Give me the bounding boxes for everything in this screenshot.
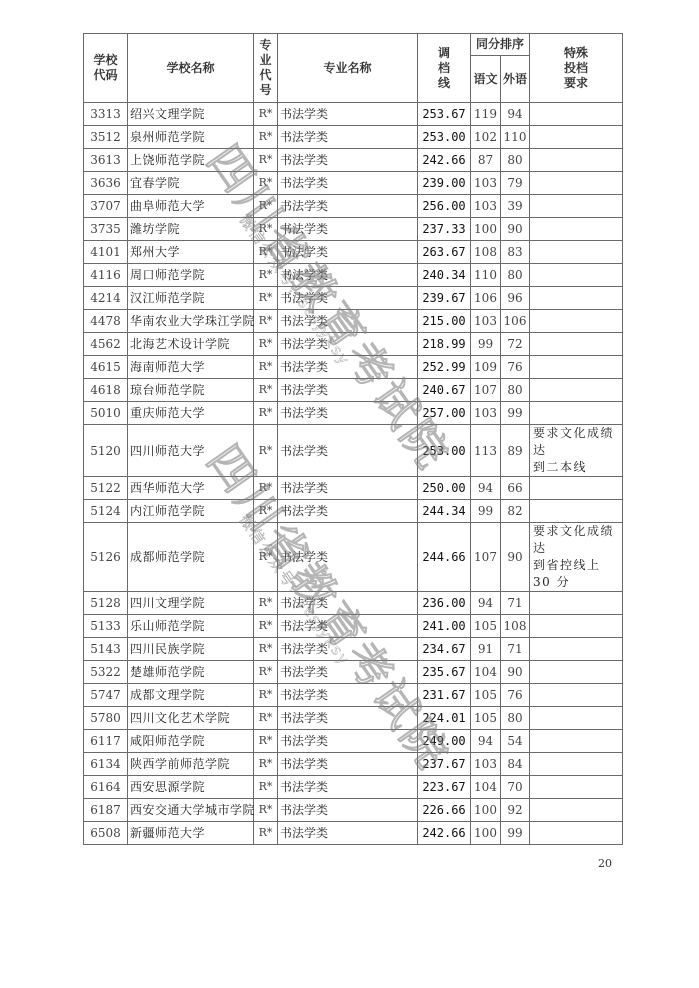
- chinese-rank-cell: 105: [471, 707, 501, 730]
- major-name-cell: 书法学类: [278, 707, 418, 730]
- school-name-cell: 西华师范大学: [128, 477, 254, 500]
- major-name-cell: 书法学类: [278, 730, 418, 753]
- score-line-cell: 237.67: [418, 753, 471, 776]
- major-code-cell: R*: [254, 103, 278, 126]
- school-code-cell: 5124: [84, 500, 128, 523]
- table-row: 3313绍兴文理学院R*书法学类253.6711994: [84, 103, 623, 126]
- foreign-rank-cell: 39: [501, 195, 530, 218]
- major-name-cell: 书法学类: [278, 241, 418, 264]
- major-name-cell: 书法学类: [278, 172, 418, 195]
- header-foreign: 外语: [501, 56, 530, 103]
- table-row: 4562北海艺术设计学院R*书法学类218.999972: [84, 333, 623, 356]
- score-line-cell: 240.67: [418, 379, 471, 402]
- chinese-rank-cell: 103: [471, 310, 501, 333]
- foreign-rank-cell: 66: [501, 477, 530, 500]
- table-row: 5747成都文理学院R*书法学类231.6710576: [84, 684, 623, 707]
- table-row: 4478华南农业大学珠江学院R*书法学类215.00103106: [84, 310, 623, 333]
- major-name-cell: 书法学类: [278, 333, 418, 356]
- foreign-rank-cell: 79: [501, 172, 530, 195]
- foreign-rank-cell: 110: [501, 126, 530, 149]
- chinese-rank-cell: 94: [471, 730, 501, 753]
- school-code-cell: 5133: [84, 615, 128, 638]
- school-name-cell: 新疆师范大学: [128, 822, 254, 845]
- school-code-cell: 3512: [84, 126, 128, 149]
- foreign-rank-cell: 89: [501, 425, 530, 477]
- page-number: 20: [598, 857, 612, 870]
- header-school-name: 学校名称: [128, 34, 254, 103]
- header-score-line: 调 档 线: [418, 34, 471, 103]
- school-name-cell: 四川民族学院: [128, 638, 254, 661]
- score-line-cell: 223.67: [418, 776, 471, 799]
- school-name-cell: 西安交通大学城市学院: [128, 799, 254, 822]
- score-line-cell: 239.00: [418, 172, 471, 195]
- foreign-rank-cell: 99: [501, 822, 530, 845]
- school-code-cell: 5120: [84, 425, 128, 477]
- foreign-rank-cell: 90: [501, 523, 530, 592]
- score-line-cell: 253.00: [418, 425, 471, 477]
- header-tie-break: 同分排序: [471, 34, 530, 56]
- chinese-rank-cell: 108: [471, 241, 501, 264]
- header-school-code: 学校 代码: [84, 34, 128, 103]
- special-requirement-cell: [530, 402, 623, 425]
- school-name-cell: 北海艺术设计学院: [128, 333, 254, 356]
- school-code-cell: 4562: [84, 333, 128, 356]
- chinese-rank-cell: 100: [471, 799, 501, 822]
- chinese-rank-cell: 100: [471, 218, 501, 241]
- major-name-cell: 书法学类: [278, 218, 418, 241]
- special-requirement-cell: [530, 149, 623, 172]
- school-name-cell: 郑州大学: [128, 241, 254, 264]
- school-code-cell: 5128: [84, 592, 128, 615]
- special-requirement-cell: [530, 638, 623, 661]
- admission-score-table: 学校 代码 学校名称 专 业 代 号 专业名称 调 档 线 同分排序 特殊 投档…: [83, 33, 623, 845]
- special-requirement-cell: [530, 333, 623, 356]
- major-name-cell: 书法学类: [278, 776, 418, 799]
- school-name-cell: 楚雄师范学院: [128, 661, 254, 684]
- header-major-code: 专 业 代 号: [254, 34, 278, 103]
- header-major-name: 专业名称: [278, 34, 418, 103]
- chinese-rank-cell: 104: [471, 661, 501, 684]
- table-row: 6117咸阳师范学院R*书法学类249.009454: [84, 730, 623, 753]
- score-line-cell: 253.00: [418, 126, 471, 149]
- school-name-cell: 成都文理学院: [128, 684, 254, 707]
- school-code-cell: 4214: [84, 287, 128, 310]
- chinese-rank-cell: 100: [471, 822, 501, 845]
- major-name-cell: 书法学类: [278, 402, 418, 425]
- table-row: 3707曲阜师范大学R*书法学类256.0010339: [84, 195, 623, 218]
- table-row: 3636宜春学院R*书法学类239.0010379: [84, 172, 623, 195]
- school-code-cell: 5780: [84, 707, 128, 730]
- major-name-cell: 书法学类: [278, 638, 418, 661]
- major-code-cell: R*: [254, 379, 278, 402]
- major-name-cell: 书法学类: [278, 379, 418, 402]
- foreign-rank-cell: 80: [501, 379, 530, 402]
- major-name-cell: 书法学类: [278, 822, 418, 845]
- chinese-rank-cell: 91: [471, 638, 501, 661]
- chinese-rank-cell: 109: [471, 356, 501, 379]
- special-requirement-cell: [530, 592, 623, 615]
- school-code-cell: 5747: [84, 684, 128, 707]
- table-row: 6164西安思源学院R*书法学类223.6710470: [84, 776, 623, 799]
- special-requirement-cell: [530, 730, 623, 753]
- major-name-cell: 书法学类: [278, 103, 418, 126]
- table-row: 6187西安交通大学城市学院R*书法学类226.6610092: [84, 799, 623, 822]
- chinese-rank-cell: 110: [471, 264, 501, 287]
- header-chinese: 语文: [471, 56, 501, 103]
- school-code-cell: 6117: [84, 730, 128, 753]
- foreign-rank-cell: 80: [501, 264, 530, 287]
- school-code-cell: 4478: [84, 310, 128, 333]
- major-code-cell: R*: [254, 477, 278, 500]
- special-requirement-cell: [530, 195, 623, 218]
- school-name-cell: 周口师范学院: [128, 264, 254, 287]
- school-name-cell: 宜春学院: [128, 172, 254, 195]
- table-row: 6508新疆师范大学R*书法学类242.6610099: [84, 822, 623, 845]
- chinese-rank-cell: 113: [471, 425, 501, 477]
- score-line-cell: 236.00: [418, 592, 471, 615]
- major-name-cell: 书法学类: [278, 310, 418, 333]
- table-row: 5322楚雄师范学院R*书法学类235.6710490: [84, 661, 623, 684]
- special-requirement-cell: [530, 356, 623, 379]
- school-name-cell: 陕西学前师范学院: [128, 753, 254, 776]
- foreign-rank-cell: 83: [501, 241, 530, 264]
- special-requirement-cell: [530, 287, 623, 310]
- table-row: 5143四川民族学院R*书法学类234.679171: [84, 638, 623, 661]
- school-code-cell: 6508: [84, 822, 128, 845]
- major-name-cell: 书法学类: [278, 195, 418, 218]
- school-code-cell: 6187: [84, 799, 128, 822]
- score-line-cell: 218.99: [418, 333, 471, 356]
- school-name-cell: 四川师范大学: [128, 425, 254, 477]
- major-name-cell: 书法学类: [278, 615, 418, 638]
- foreign-rank-cell: 76: [501, 356, 530, 379]
- table-row: 5780四川文化艺术学院R*书法学类224.0110580: [84, 707, 623, 730]
- foreign-rank-cell: 80: [501, 707, 530, 730]
- school-code-cell: 3707: [84, 195, 128, 218]
- major-name-cell: 书法学类: [278, 264, 418, 287]
- chinese-rank-cell: 87: [471, 149, 501, 172]
- special-requirement-cell: [530, 500, 623, 523]
- major-name-cell: 书法学类: [278, 149, 418, 172]
- foreign-rank-cell: 76: [501, 684, 530, 707]
- score-line-cell: 235.67: [418, 661, 471, 684]
- school-code-cell: 6134: [84, 753, 128, 776]
- school-code-cell: 5122: [84, 477, 128, 500]
- major-code-cell: R*: [254, 661, 278, 684]
- school-name-cell: 内江师范学院: [128, 500, 254, 523]
- special-requirement-cell: [530, 218, 623, 241]
- special-requirement-cell: [530, 103, 623, 126]
- score-line-cell: 215.00: [418, 310, 471, 333]
- score-line-cell: 257.00: [418, 402, 471, 425]
- school-name-cell: 乐山师范学院: [128, 615, 254, 638]
- foreign-rank-cell: 94: [501, 103, 530, 126]
- table-row: 4615海南师范大学R*书法学类252.9910976: [84, 356, 623, 379]
- school-code-cell: 4615: [84, 356, 128, 379]
- school-name-cell: 潍坊学院: [128, 218, 254, 241]
- major-code-cell: R*: [254, 172, 278, 195]
- major-name-cell: 书法学类: [278, 661, 418, 684]
- chinese-rank-cell: 107: [471, 379, 501, 402]
- school-code-cell: 4101: [84, 241, 128, 264]
- special-requirement-cell: [530, 477, 623, 500]
- major-code-cell: R*: [254, 287, 278, 310]
- major-name-cell: 书法学类: [278, 356, 418, 379]
- major-name-cell: 书法学类: [278, 126, 418, 149]
- school-name-cell: 泉州师范学院: [128, 126, 254, 149]
- school-code-cell: 4618: [84, 379, 128, 402]
- chinese-rank-cell: 103: [471, 753, 501, 776]
- chinese-rank-cell: 103: [471, 172, 501, 195]
- special-requirement-cell: [530, 241, 623, 264]
- major-code-cell: R*: [254, 264, 278, 287]
- special-requirement-cell: [530, 615, 623, 638]
- foreign-rank-cell: 108: [501, 615, 530, 638]
- foreign-rank-cell: 90: [501, 218, 530, 241]
- foreign-rank-cell: 82: [501, 500, 530, 523]
- chinese-rank-cell: 119: [471, 103, 501, 126]
- score-line-cell: 250.00: [418, 477, 471, 500]
- major-code-cell: R*: [254, 638, 278, 661]
- school-code-cell: 5126: [84, 523, 128, 592]
- major-code-cell: R*: [254, 149, 278, 172]
- score-line-cell: 234.67: [418, 638, 471, 661]
- school-code-cell: 3313: [84, 103, 128, 126]
- chinese-rank-cell: 94: [471, 592, 501, 615]
- major-code-cell: R*: [254, 707, 278, 730]
- major-code-cell: R*: [254, 730, 278, 753]
- foreign-rank-cell: 80: [501, 149, 530, 172]
- table-row: 4101郑州大学R*书法学类263.6710883: [84, 241, 623, 264]
- score-line-cell: 239.67: [418, 287, 471, 310]
- special-requirement-cell: [530, 753, 623, 776]
- foreign-rank-cell: 84: [501, 753, 530, 776]
- table-row: 5124内江师范学院R*书法学类244.349982: [84, 500, 623, 523]
- table-row: 3735潍坊学院R*书法学类237.3310090: [84, 218, 623, 241]
- major-name-cell: 书法学类: [278, 523, 418, 592]
- table-row: 4214汉江师范学院R*书法学类239.6710696: [84, 287, 623, 310]
- score-line-cell: 231.67: [418, 684, 471, 707]
- major-code-cell: R*: [254, 753, 278, 776]
- special-requirement-cell: [530, 310, 623, 333]
- chinese-rank-cell: 103: [471, 195, 501, 218]
- special-requirement-cell: [530, 379, 623, 402]
- score-line-cell: 256.00: [418, 195, 471, 218]
- special-requirement-cell: [530, 264, 623, 287]
- school-code-cell: 3613: [84, 149, 128, 172]
- special-requirement-cell: 要求文化成绩达 到二本线: [530, 425, 623, 477]
- school-name-cell: 海南师范大学: [128, 356, 254, 379]
- major-code-cell: R*: [254, 684, 278, 707]
- major-name-cell: 书法学类: [278, 592, 418, 615]
- score-line-cell: 226.66: [418, 799, 471, 822]
- table-row: 5010重庆师范大学R*书法学类257.0010399: [84, 402, 623, 425]
- major-name-cell: 书法学类: [278, 287, 418, 310]
- foreign-rank-cell: 54: [501, 730, 530, 753]
- table-row: 6134陕西学前师范学院R*书法学类237.6710384: [84, 753, 623, 776]
- major-code-cell: R*: [254, 776, 278, 799]
- score-line-cell: 263.67: [418, 241, 471, 264]
- school-code-cell: 3735: [84, 218, 128, 241]
- foreign-rank-cell: 71: [501, 592, 530, 615]
- foreign-rank-cell: 106: [501, 310, 530, 333]
- score-line-cell: 242.66: [418, 822, 471, 845]
- chinese-rank-cell: 105: [471, 615, 501, 638]
- school-name-cell: 琼台师范学院: [128, 379, 254, 402]
- special-requirement-cell: [530, 684, 623, 707]
- score-line-cell: 252.99: [418, 356, 471, 379]
- chinese-rank-cell: 99: [471, 500, 501, 523]
- foreign-rank-cell: 70: [501, 776, 530, 799]
- chinese-rank-cell: 106: [471, 287, 501, 310]
- school-code-cell: 6164: [84, 776, 128, 799]
- table-row: 5122西华师范大学R*书法学类250.009466: [84, 477, 623, 500]
- major-code-cell: R*: [254, 402, 278, 425]
- table-row: 3512泉州师范学院R*书法学类253.00102110: [84, 126, 623, 149]
- table-row: 3613上饶师范学院R*书法学类242.668780: [84, 149, 623, 172]
- school-code-cell: 5010: [84, 402, 128, 425]
- major-code-cell: R*: [254, 822, 278, 845]
- major-name-cell: 书法学类: [278, 753, 418, 776]
- school-name-cell: 华南农业大学珠江学院: [128, 310, 254, 333]
- score-line-cell: 244.34: [418, 500, 471, 523]
- special-requirement-cell: [530, 126, 623, 149]
- score-line-cell: 242.66: [418, 149, 471, 172]
- table-row: 5120四川师范大学R*书法学类253.0011389要求文化成绩达 到二本线: [84, 425, 623, 477]
- foreign-rank-cell: 99: [501, 402, 530, 425]
- foreign-rank-cell: 71: [501, 638, 530, 661]
- school-name-cell: 汉江师范学院: [128, 287, 254, 310]
- major-code-cell: R*: [254, 500, 278, 523]
- major-code-cell: R*: [254, 425, 278, 477]
- major-name-cell: 书法学类: [278, 684, 418, 707]
- foreign-rank-cell: 92: [501, 799, 530, 822]
- major-code-cell: R*: [254, 195, 278, 218]
- school-name-cell: 成都师范学院: [128, 523, 254, 592]
- school-code-cell: 5143: [84, 638, 128, 661]
- special-requirement-cell: [530, 661, 623, 684]
- header-special-requirement: 特殊 投档 要求: [530, 34, 623, 103]
- major-code-cell: R*: [254, 310, 278, 333]
- school-code-cell: 4116: [84, 264, 128, 287]
- special-requirement-cell: [530, 822, 623, 845]
- school-code-cell: 3636: [84, 172, 128, 195]
- table-row: 5126成都师范学院R*书法学类244.6610790要求文化成绩达 到省控线上…: [84, 523, 623, 592]
- chinese-rank-cell: 99: [471, 333, 501, 356]
- major-code-cell: R*: [254, 615, 278, 638]
- school-name-cell: 重庆师范大学: [128, 402, 254, 425]
- table-row: 5128四川文理学院R*书法学类236.009471: [84, 592, 623, 615]
- score-line-cell: 224.01: [418, 707, 471, 730]
- foreign-rank-cell: 72: [501, 333, 530, 356]
- major-code-cell: R*: [254, 523, 278, 592]
- score-line-cell: 237.33: [418, 218, 471, 241]
- special-requirement-cell: 要求文化成绩达 到省控线上 30 分: [530, 523, 623, 592]
- special-requirement-cell: [530, 776, 623, 799]
- special-requirement-cell: [530, 172, 623, 195]
- foreign-rank-cell: 96: [501, 287, 530, 310]
- major-name-cell: 书法学类: [278, 799, 418, 822]
- chinese-rank-cell: 94: [471, 477, 501, 500]
- school-name-cell: 四川文理学院: [128, 592, 254, 615]
- chinese-rank-cell: 103: [471, 402, 501, 425]
- chinese-rank-cell: 102: [471, 126, 501, 149]
- major-name-cell: 书法学类: [278, 477, 418, 500]
- major-code-cell: R*: [254, 241, 278, 264]
- major-code-cell: R*: [254, 592, 278, 615]
- foreign-rank-cell: 90: [501, 661, 530, 684]
- major-code-cell: R*: [254, 333, 278, 356]
- school-name-cell: 西安思源学院: [128, 776, 254, 799]
- table-body: 3313绍兴文理学院R*书法学类253.67119943512泉州师范学院R*书…: [84, 103, 623, 845]
- school-name-cell: 四川文化艺术学院: [128, 707, 254, 730]
- chinese-rank-cell: 104: [471, 776, 501, 799]
- school-name-cell: 上饶师范学院: [128, 149, 254, 172]
- score-line-cell: 253.67: [418, 103, 471, 126]
- special-requirement-cell: [530, 707, 623, 730]
- school-code-cell: 5322: [84, 661, 128, 684]
- major-code-cell: R*: [254, 126, 278, 149]
- table-row: 4618琼台师范学院R*书法学类240.6710780: [84, 379, 623, 402]
- major-code-cell: R*: [254, 799, 278, 822]
- score-line-cell: 249.00: [418, 730, 471, 753]
- table-row: 5133乐山师范学院R*书法学类241.00105108: [84, 615, 623, 638]
- school-name-cell: 咸阳师范学院: [128, 730, 254, 753]
- major-name-cell: 书法学类: [278, 500, 418, 523]
- score-line-cell: 240.34: [418, 264, 471, 287]
- major-name-cell: 书法学类: [278, 425, 418, 477]
- major-code-cell: R*: [254, 218, 278, 241]
- major-code-cell: R*: [254, 356, 278, 379]
- score-line-cell: 244.66: [418, 523, 471, 592]
- table-row: 4116周口师范学院R*书法学类240.3411080: [84, 264, 623, 287]
- school-name-cell: 绍兴文理学院: [128, 103, 254, 126]
- score-line-cell: 241.00: [418, 615, 471, 638]
- special-requirement-cell: [530, 799, 623, 822]
- school-name-cell: 曲阜师范大学: [128, 195, 254, 218]
- chinese-rank-cell: 105: [471, 684, 501, 707]
- chinese-rank-cell: 107: [471, 523, 501, 592]
